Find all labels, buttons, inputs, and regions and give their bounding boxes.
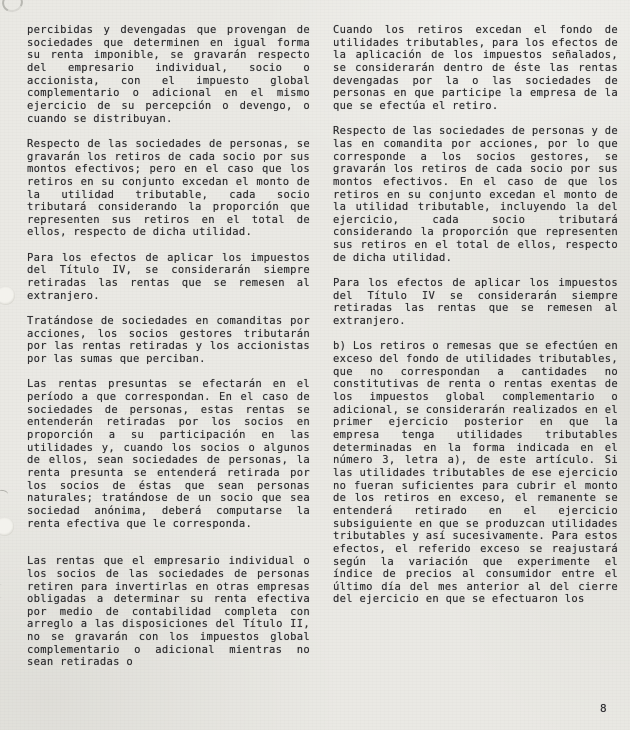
edge-scan-artifact: [0, 584, 7, 598]
right-column: Cuando los retiros excedan el fondo de u…: [333, 24, 618, 669]
paragraph: Respecto de las sociedades de personas, …: [27, 138, 310, 239]
left-column: percibidas y devengadas que provengan de…: [27, 24, 310, 669]
paragraph: b) Los retiros o remesas que se efectúen…: [333, 340, 618, 606]
text-columns: percibidas y devengadas que provengan de…: [27, 24, 618, 669]
paragraph: Las rentas que el empresario individual …: [27, 555, 310, 669]
paragraph: Cuando los retiros excedan el fondo de u…: [333, 24, 618, 113]
paragraph: Tratándose de sociedades en comanditas p…: [27, 315, 310, 366]
hole-punch-mark: [0, 286, 15, 305]
page-number: 8: [600, 702, 607, 715]
paragraph: Respecto de las sociedades de personas y…: [333, 125, 618, 264]
scanned-page: percibidas y devengadas que provengan de…: [0, 0, 630, 730]
paragraph: percibidas y devengadas que provengan de…: [27, 24, 310, 125]
hole-punch-mark: [0, 517, 14, 536]
paragraph: Las rentas presuntas se efectarán en el …: [27, 378, 310, 530]
paragraph: Para los efectos de aplicar los impuesto…: [27, 252, 310, 303]
paragraph: Para los efectos de aplicar los impuesto…: [333, 277, 618, 328]
corner-smudge-mark: [0, 0, 25, 15]
edge-scan-artifact: [0, 489, 9, 497]
